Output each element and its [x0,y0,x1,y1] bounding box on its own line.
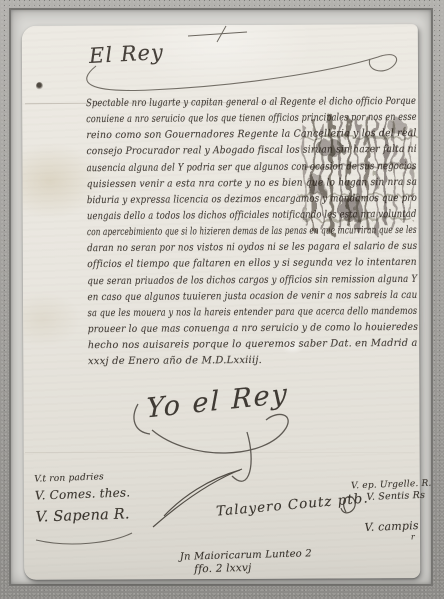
framed-document-photo: El Rey Spectable nro lugarte y capitan g… [0,0,444,599]
paper-wormhole-spot [36,82,43,90]
body-line: Spectable nro lugarte y capitan general … [86,89,416,107]
left-signature-line: V. Sapena R. [35,502,131,529]
left-signature-block: V.t ron padries V. Comes. thes. V. Sapen… [34,469,131,529]
letter-body: Spectable nro lugarte y capitan general … [86,89,418,366]
right-signature-line: V. Sentis Rs [366,490,432,504]
right-signature-line: r [411,532,434,543]
heading-el-rey: El Rey [88,40,164,68]
archival-docket: Jn Maioricarum Lunteo 2 ffo. 2 lxxvj [180,547,313,576]
right-signature-block: V. ep. Urgelle. R. V. Sentis Rs V. campi… [351,478,434,545]
